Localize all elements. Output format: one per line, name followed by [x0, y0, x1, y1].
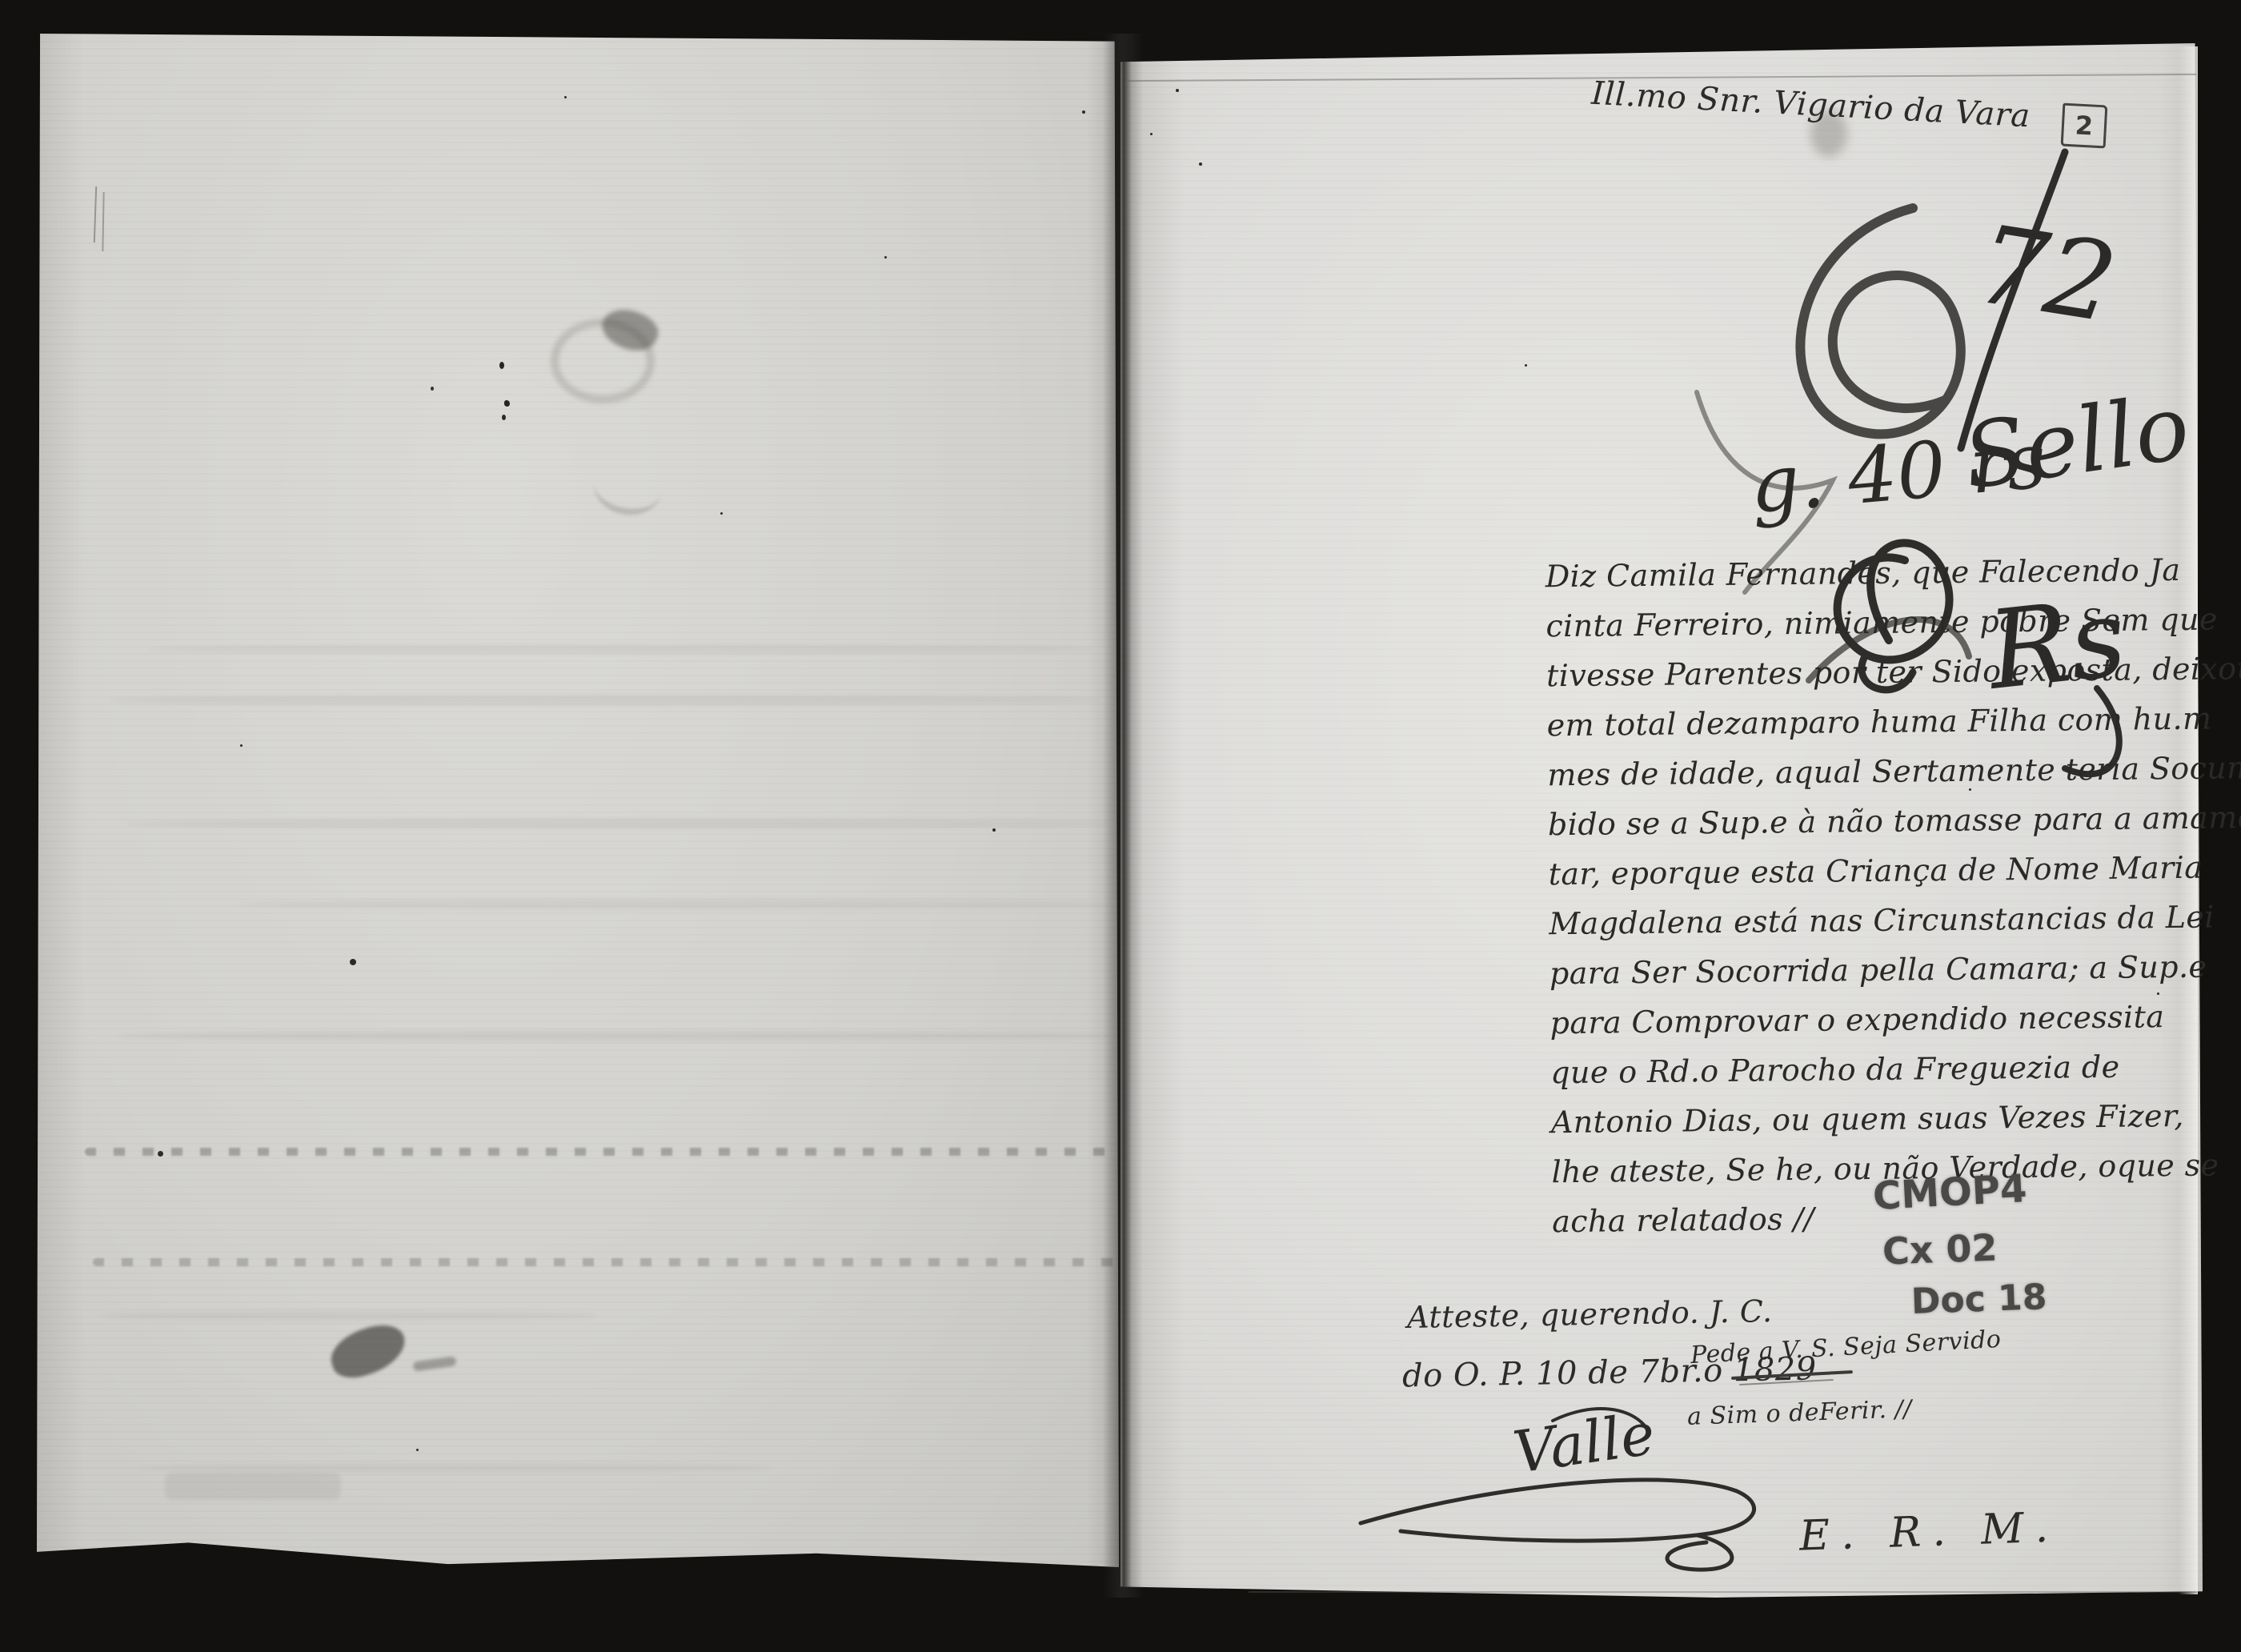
ink-speck	[720, 512, 723, 515]
ink-dot-cluster	[502, 415, 506, 420]
ink-speck	[240, 744, 243, 747]
body-line: em total dezamparo huma Filha com hu.m	[1546, 694, 2191, 750]
signature-name: Valle	[1509, 1400, 1659, 1486]
rubric-flourish	[1800, 208, 1960, 434]
ink-speck	[1176, 89, 1179, 92]
body-line: Magdalena está nas Circunstancias da Lei	[1549, 892, 2194, 948]
ink-speck	[1525, 364, 1527, 367]
ink-speck	[350, 959, 356, 965]
body-line: Antonio Dias, ou quem suas Vezes Fizer,	[1551, 1091, 2196, 1147]
scratch-mark	[102, 192, 104, 251]
page-bottom-crease-line	[1249, 1591, 2197, 1593]
bleedthrough-line	[149, 644, 1093, 654]
attestation-line: Atteste, querendo. J. C.	[1407, 1293, 1773, 1335]
bleedthrough-line	[125, 819, 1109, 828]
ink-speck	[1150, 133, 1153, 135]
archive-stamp-collection: CMOP4	[1872, 1166, 2028, 1219]
bleedthrough-line-dark	[85, 1148, 1117, 1156]
body-line: tivesse Parentes por ter Sido exposta, d…	[1546, 644, 2191, 700]
bleedthrough-line	[117, 1031, 1109, 1041]
bleedthrough-line	[237, 900, 1109, 909]
left-page	[37, 34, 1119, 1567]
ink-smudge-arc	[590, 455, 667, 520]
bleedthrough-line	[101, 1311, 597, 1321]
body-line: para Comprovar o expendido necessita	[1549, 992, 2195, 1048]
body-line: Diz Camila Fernandes, que Falecendo Ja	[1545, 545, 2190, 601]
body-line: bido se a Sup.e à não tomasse para a ama…	[1548, 793, 2193, 849]
ink-dot-cluster	[499, 362, 504, 369]
document-scan: Ill.mo Snr. Vigario da Vara 2 72 g. 40 r…	[0, 0, 2241, 1652]
ink-dot-cluster	[431, 387, 434, 391]
archive-stamp-box: Cx 02	[1882, 1226, 1998, 1273]
ink-speck	[158, 1151, 163, 1157]
bleedthrough-signature-letters	[165, 1473, 341, 1500]
body-line: para Ser Socorrida pella Camara; a Sup.e	[1549, 942, 2195, 998]
seal-process-number: 72	[1969, 202, 2124, 347]
body-line: que o Rd.o Parocho da Freguezia de	[1550, 1041, 2195, 1097]
body-line: cinta Ferreiro, nimiamente pobre Sem que	[1545, 595, 2191, 651]
scratch-mark	[94, 186, 97, 243]
binding-gutter-shadow	[1103, 34, 1143, 1598]
ink-speck	[884, 256, 887, 259]
closing-formula: E. R. M.	[1798, 1503, 2060, 1560]
ink-speck	[992, 828, 996, 832]
signature-flourish-curl	[1667, 1535, 1732, 1570]
petition-body: Diz Camila Fernandes, que Falecendo Ja c…	[1545, 545, 2196, 1246]
bleedthrough-signature-tail	[412, 1356, 456, 1371]
signature-flourish	[1361, 1480, 1754, 1541]
page-number: 2	[2075, 110, 2094, 141]
seal-sello-word: Sello	[1958, 375, 2195, 510]
ink-speck	[1199, 162, 1202, 166]
archive-stamp-doc: Doc 18	[1910, 1277, 2047, 1322]
ink-dot-cluster	[504, 400, 510, 407]
bleedthrough-line	[109, 695, 1101, 705]
ink-speck	[1082, 110, 1085, 114]
body-line: mes de idade, aqual Sertamente teria Soc…	[1547, 744, 2192, 800]
ink-speck	[416, 1449, 419, 1451]
bleedthrough-line-dark	[93, 1258, 1117, 1266]
ink-speck	[564, 96, 567, 98]
bleedthrough-line	[133, 1463, 773, 1473]
body-line: tar, eporque esta Criança de Nome Maria	[1548, 843, 2193, 899]
bleedthrough-signature	[325, 1318, 412, 1385]
page-number-stamp: 2	[2061, 103, 2108, 149]
